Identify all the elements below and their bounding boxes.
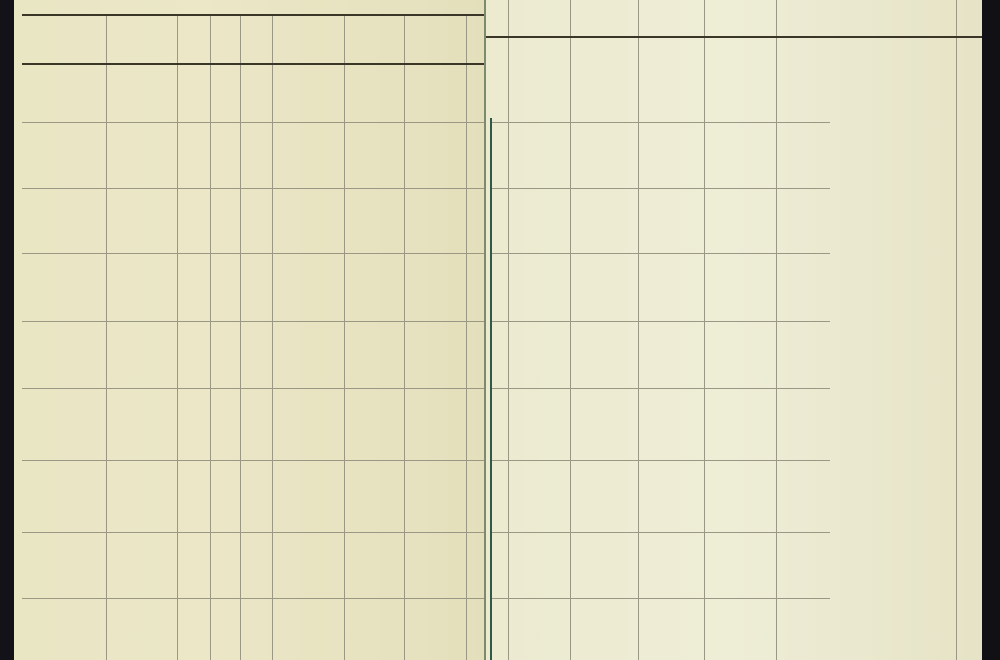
rule-line	[177, 14, 178, 660]
rule-line	[22, 598, 486, 599]
rule-line	[22, 63, 486, 65]
rule-line	[490, 388, 830, 389]
rule-line	[22, 188, 486, 189]
rule-line	[638, 0, 639, 660]
rule-line	[508, 0, 509, 660]
rule-line	[490, 253, 830, 254]
rule-line	[490, 188, 830, 189]
rule-line	[344, 14, 345, 660]
rule-line	[490, 532, 830, 533]
rule-line	[956, 0, 957, 660]
rule-line	[272, 14, 273, 660]
rule-line	[704, 0, 705, 660]
rule-line	[22, 253, 486, 254]
rule-line	[22, 532, 486, 533]
rule-line	[22, 321, 486, 322]
rule-line	[22, 14, 486, 16]
rule-line	[486, 36, 982, 38]
rule-line	[490, 122, 830, 123]
rule-line	[570, 0, 571, 660]
rule-line	[490, 460, 830, 461]
rule-line	[490, 598, 830, 599]
rule-line	[466, 14, 467, 660]
rule-line	[404, 14, 405, 660]
rule-line	[776, 0, 777, 660]
rule-line	[240, 14, 241, 660]
right-page	[486, 0, 982, 660]
background-left	[0, 0, 14, 660]
rule-line	[22, 388, 486, 389]
spine-rule	[490, 118, 492, 660]
rule-line	[210, 14, 211, 660]
background-right	[982, 0, 1000, 660]
rule-line	[22, 460, 486, 461]
left-page	[14, 0, 486, 660]
rule-line	[490, 321, 830, 322]
rule-line	[106, 14, 107, 660]
rule-line	[22, 122, 486, 123]
